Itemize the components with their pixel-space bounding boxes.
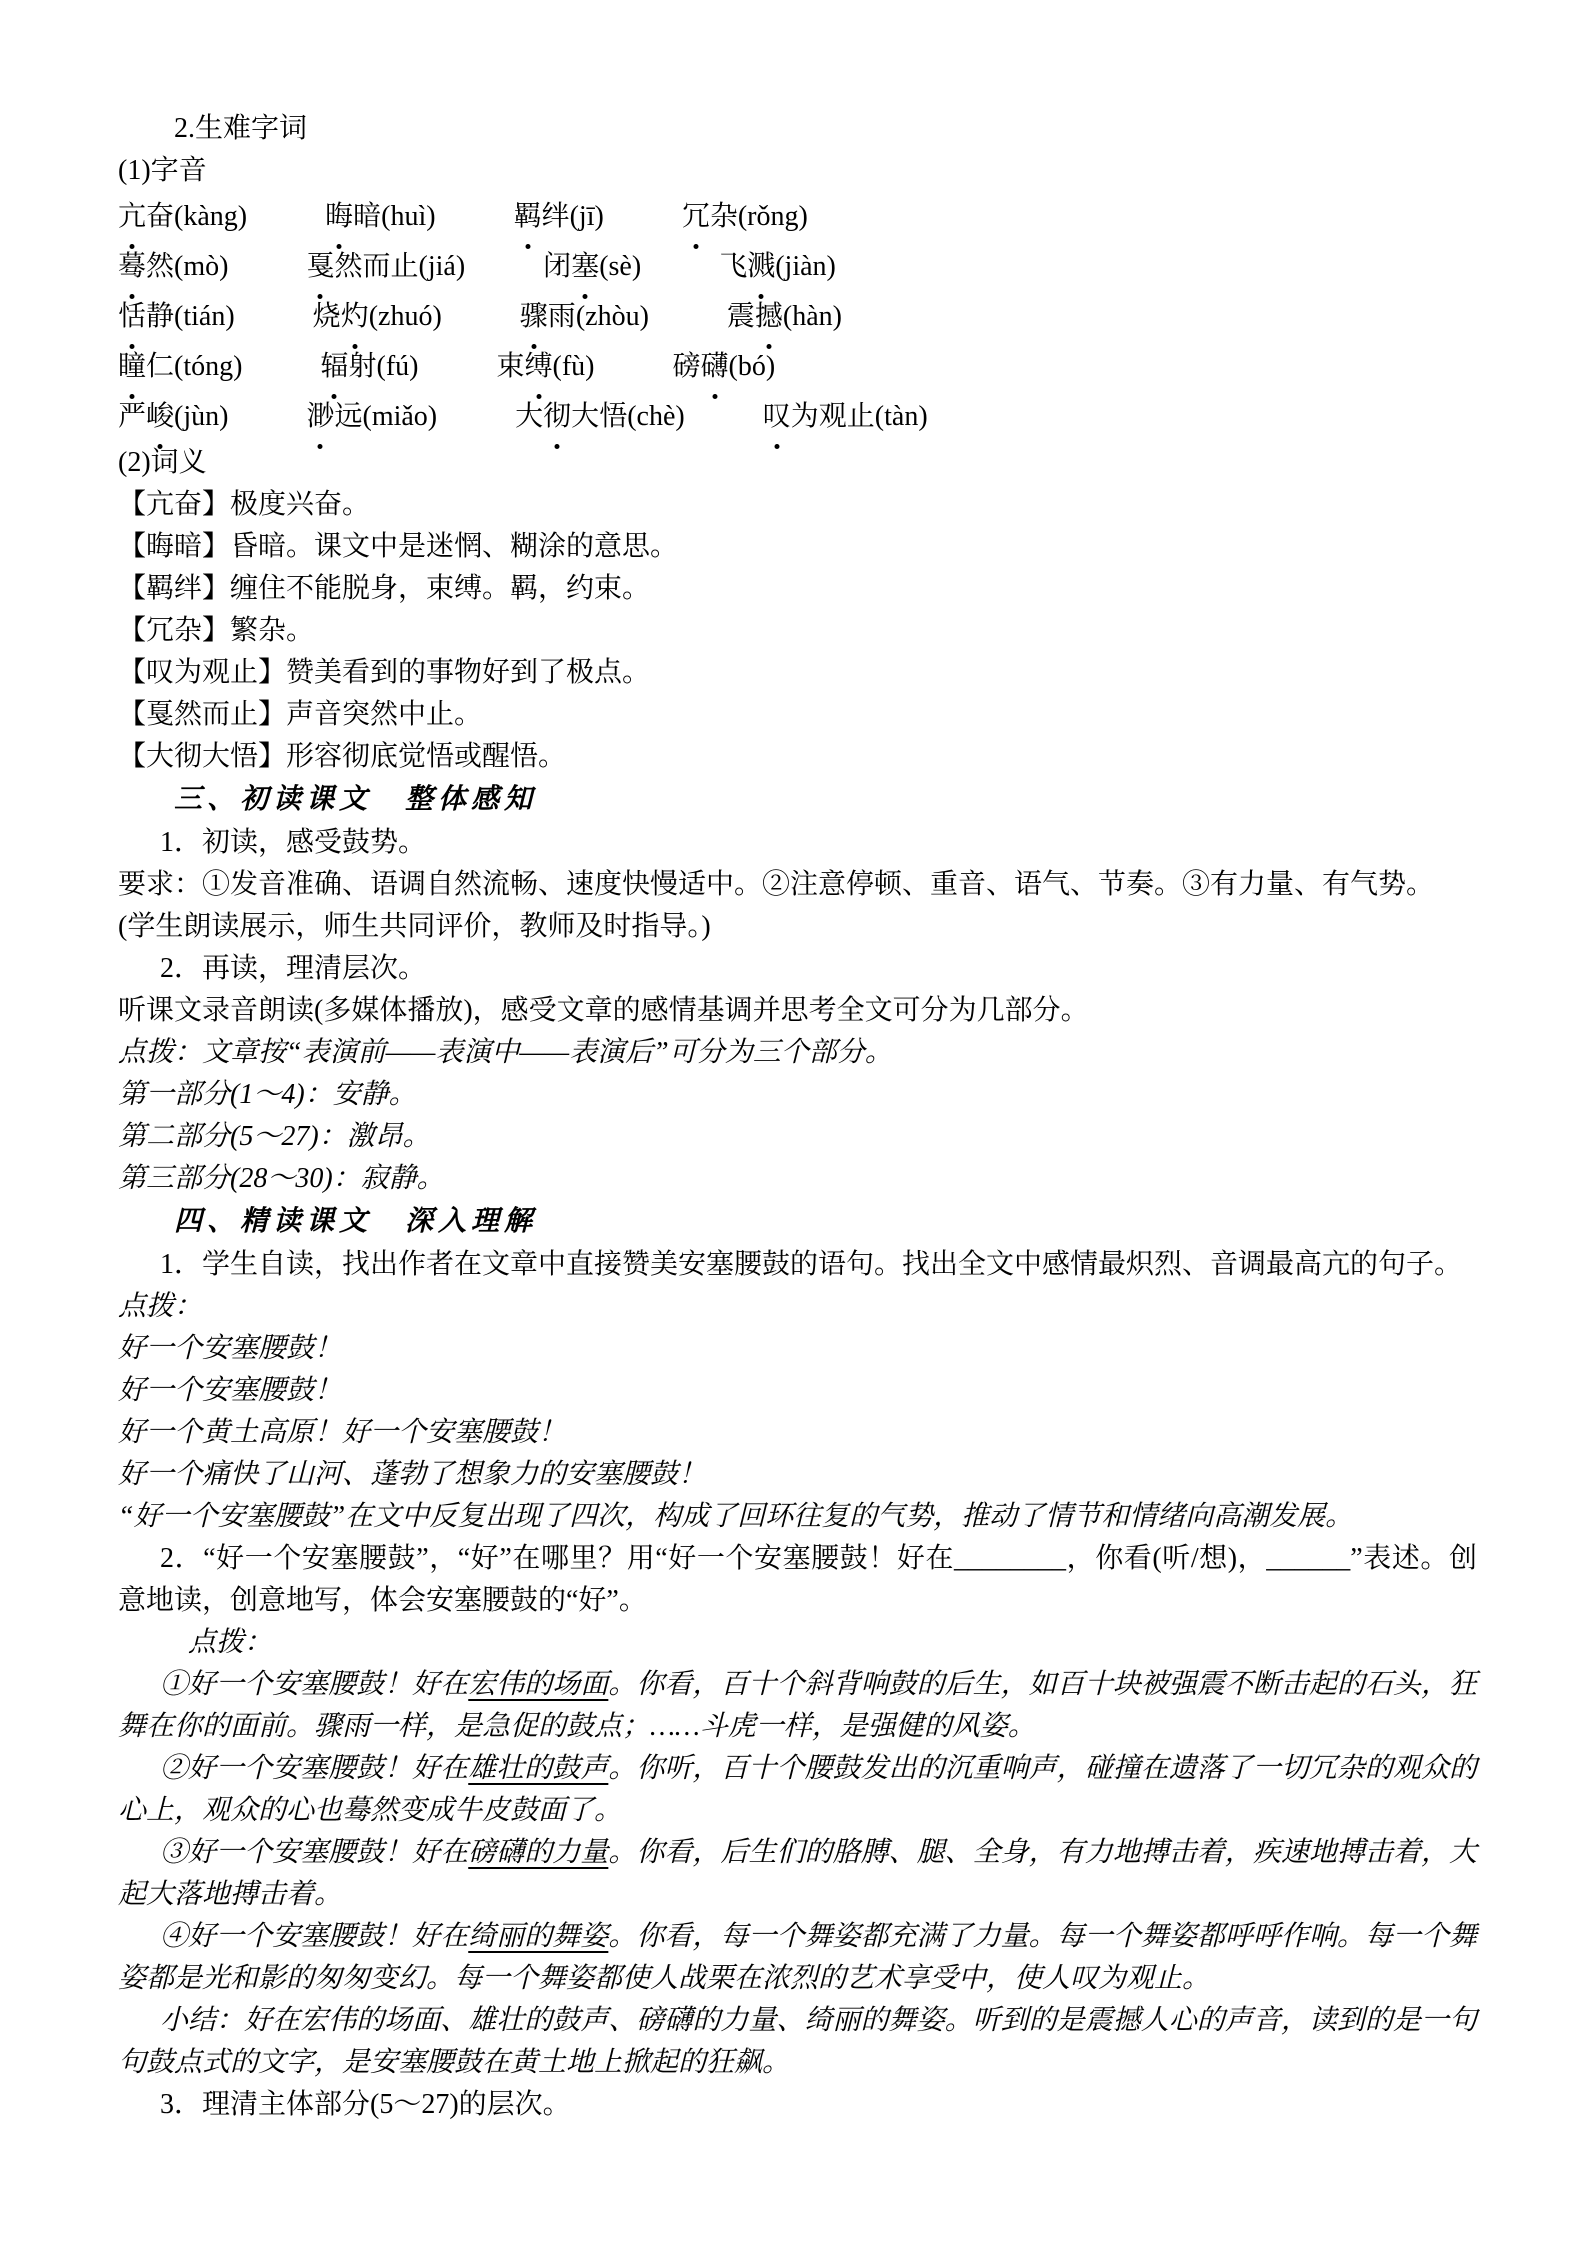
paragraph: 点拨：	[118, 1622, 1477, 1664]
pinyin-item: 骤雨(zhòu)	[520, 292, 649, 342]
emphasized-character: 塞	[571, 242, 599, 292]
text-run: ③好一个安塞腰鼓！好在	[160, 1837, 468, 1868]
text-run: ①好一个安塞腰鼓！好在	[160, 1669, 468, 1700]
pinyin-item: 恬静(tián)	[118, 292, 235, 342]
paragraph: 2．“好一个安塞腰鼓”，“好”在哪里？用“好一个安塞腰鼓！好在________，…	[118, 1538, 1477, 1622]
text-run: 【冗杂】繁杂。	[118, 615, 314, 646]
character: 大	[515, 392, 543, 442]
character: 然	[146, 242, 174, 292]
paragraph: ③好一个安塞腰鼓！好在磅礴的力量。你看，后生们的胳膊、腿、全身，有力地搏击着，疾…	[118, 1832, 1477, 1916]
pinyin-annotation: (rǒng)	[738, 201, 808, 232]
text-run: 好一个安塞腰鼓！	[118, 1375, 342, 1406]
character: 静	[146, 292, 174, 342]
emphasized-character: 瞳	[118, 342, 146, 392]
pinyin-item: 飞溅(jiàn)	[719, 242, 836, 292]
paragraph: 第三部分(28～30)：寂静。	[118, 1158, 1477, 1200]
character: 绊	[542, 192, 570, 242]
pinyin-row: 瞳仁(tóng)辐射(fú)束缚(fù)磅礴(bó)	[118, 342, 1477, 392]
pinyin-annotation: (tàn)	[875, 401, 928, 432]
text-run: 【叹为观止】赞美看到的事物好到了极点。	[118, 657, 650, 688]
character: 大	[571, 392, 599, 442]
paragraph: ①好一个安塞腰鼓！好在宏伟的场面。你看，百十个斜背响鼓的后生，如百十块被强震不断…	[118, 1664, 1477, 1748]
pinyin-row: 严峻(jùn)渺远(miǎo)大彻大悟(chè)叹为观止(tàn)	[118, 392, 1477, 442]
text-run: 四、精读课文 深入理解	[174, 1206, 537, 1237]
text-run: 好一个痛快了山河、蓬勃了想象力的安塞腰鼓！	[118, 1459, 706, 1490]
pinyin-annotation: (bó)	[729, 351, 776, 382]
paragraph: 第一部分(1～4)：安静。	[118, 1074, 1477, 1116]
paragraph: 1．初读，感受鼓势。	[118, 822, 1477, 864]
paragraph: 【戛然而止】声音突然中止。	[118, 694, 1477, 736]
section-heading: 四、精读课文 深入理解	[118, 1200, 1477, 1244]
emphasized-character: 蓦	[118, 242, 146, 292]
pinyin-annotation: (sè)	[599, 251, 641, 282]
text-run: 3．理清主体部分(5～27)的层次。	[160, 2089, 571, 2120]
text-run: 【大彻大悟】形容彻底觉悟或醒悟。	[118, 741, 566, 772]
paragraph: ②好一个安塞腰鼓！好在雄壮的鼓声。你听，百十个腰鼓发出的沉重响声，碰撞在遗落了一…	[118, 1748, 1477, 1832]
underlined-phrase: 磅礴的力量	[468, 1837, 608, 1868]
pinyin-annotation: (mò)	[174, 251, 228, 282]
character: 然	[334, 242, 362, 292]
character: 闭	[543, 242, 571, 292]
pinyin-item: 闭塞(sè)	[543, 242, 641, 292]
emphasized-character: 辐	[320, 342, 348, 392]
pinyin-annotation: (huì)	[381, 201, 435, 232]
pinyin-annotation: (kàng)	[174, 201, 247, 232]
pinyin-item: 渺远(miǎo)	[306, 392, 437, 442]
pinyin-item: 晦暗(huì)	[325, 192, 435, 242]
pinyin-item: 叹为观止(tàn)	[763, 392, 928, 442]
text-run: “好一个安塞腰鼓”在文中反复出现了四次，构成了回环往复的气势，推动了情节和情绪向…	[118, 1501, 1353, 1532]
underlined-phrase: 宏伟的场面	[468, 1669, 608, 1700]
text-run: 2．再读，理清层次。	[160, 953, 426, 984]
text-run: 点拨：	[188, 1627, 272, 1658]
pinyin-item: 严峻(jùn)	[118, 392, 228, 442]
pinyin-annotation: (fù)	[553, 351, 595, 382]
emphasized-character: 溅	[747, 242, 775, 292]
pinyin-annotation: (jī)	[570, 201, 604, 232]
pinyin-item: 羁绊(jī)	[514, 192, 604, 242]
section-heading: 三、初读课文 整体感知	[118, 778, 1477, 822]
pinyin-item: 蓦然(mò)	[118, 242, 228, 292]
character: 震	[727, 292, 755, 342]
character: 仁	[146, 342, 174, 392]
character: 磅	[673, 342, 701, 392]
pinyin-item: 烧灼(zhuó)	[313, 292, 442, 342]
text-run: 1．学生自读，找出作者在文章中直接赞美安塞腰鼓的语句。找出全文中感情最炽烈、音调…	[160, 1249, 1462, 1280]
text-run: 【亢奋】极度兴奋。	[118, 489, 370, 520]
character: 烧	[313, 292, 341, 342]
character: 飞	[719, 242, 747, 292]
text-run: 三、初读课文 整体感知	[174, 784, 537, 815]
pinyin-item: 震撼(hàn)	[727, 292, 842, 342]
paragraph: 【晦暗】昏暗。课文中是迷惘、糊涂的意思。	[118, 526, 1477, 568]
emphasized-character: 缚	[525, 342, 553, 392]
text-run: (2)词义	[118, 447, 207, 478]
pinyin-annotation: (fú)	[377, 351, 419, 382]
text-run: 第二部分(5～27)：激昂。	[118, 1121, 431, 1152]
paragraph: 2．再读，理清层次。	[118, 948, 1477, 990]
character: 为	[791, 392, 819, 442]
character: 止	[847, 392, 875, 442]
text-run: (1)字音	[118, 155, 207, 186]
text-run: 【晦暗】昏暗。课文中是迷惘、糊涂的意思。	[118, 531, 678, 562]
paragraph: (学生朗读展示，师生共同评价，教师及时指导。)	[118, 906, 1477, 948]
emphasized-character: 峻	[146, 392, 174, 442]
paragraph: 3．理清主体部分(5～27)的层次。	[118, 2084, 1477, 2126]
pinyin-annotation: (zhòu)	[576, 301, 649, 332]
emphasized-character: 叹	[763, 392, 791, 442]
pinyin-item: 瞳仁(tóng)	[118, 342, 242, 392]
emphasized-character: 亢	[118, 192, 146, 242]
character: 止	[391, 242, 419, 292]
pinyin-item: 戛然而止(jiá)	[306, 242, 465, 292]
pinyin-annotation: (zhuó)	[369, 301, 442, 332]
paragraph: 【冗杂】繁杂。	[118, 610, 1477, 652]
character: 观	[819, 392, 847, 442]
text-run: ④好一个安塞腰鼓！好在	[160, 1921, 468, 1952]
pinyin-item: 冗杂(rǒng)	[682, 192, 808, 242]
text-run: 点拨：文章按“表演前——表演中——表演后”可分为三个部分。	[118, 1037, 893, 1068]
emphasized-character: 灼	[341, 292, 369, 342]
pinyin-item: 大彻大悟(chè)	[515, 392, 685, 442]
paragraph: 小结：好在宏伟的场面、雄壮的鼓声、磅礴的力量、绮丽的舞姿。听到的是震撼人心的声音…	[118, 2000, 1477, 2084]
paragraph: 点拨：	[118, 1286, 1477, 1328]
paragraph: (1)字音	[118, 150, 1477, 192]
pinyin-annotation: (tóng)	[174, 351, 242, 382]
paragraph: ④好一个安塞腰鼓！好在绮丽的舞姿。你看，每一个舞姿都充满了力量。每一个舞姿都呼呼…	[118, 1916, 1477, 2000]
text-run: 2．“好一个安塞腰鼓”，“好”在哪里？用“好一个安塞腰鼓！好在________，…	[118, 1543, 1477, 1616]
pinyin-annotation: (jùn)	[174, 401, 228, 432]
paragraph: 【大彻大悟】形容彻底觉悟或醒悟。	[118, 736, 1477, 778]
pinyin-item: 亢奋(kàng)	[118, 192, 247, 242]
pinyin-annotation: (jiàn)	[775, 251, 836, 282]
text-run: 2.生难字词	[174, 113, 307, 144]
text-run: 好一个黄土高原！好一个安塞腰鼓！	[118, 1417, 566, 1448]
character: 远	[334, 392, 362, 442]
paragraph: 【羁绊】缠住不能脱身，束缚。羁，约束。	[118, 568, 1477, 610]
emphasized-character: 渺	[306, 392, 334, 442]
pinyin-annotation: (tián)	[174, 301, 235, 332]
character: 暗	[353, 192, 381, 242]
paragraph: 好一个痛快了山河、蓬勃了想象力的安塞腰鼓！	[118, 1454, 1477, 1496]
text-run: ②好一个安塞腰鼓！好在	[160, 1753, 468, 1784]
paragraph: 好一个安塞腰鼓！	[118, 1370, 1477, 1412]
underlined-phrase: 雄壮的鼓声	[468, 1753, 608, 1784]
text-run: 好一个安塞腰鼓！	[118, 1333, 342, 1364]
text-run: 第三部分(28～30)：寂静。	[118, 1163, 445, 1194]
text-run: 听课文录音朗读(多媒体播放)，感受文章的感情基调并思考全文可分为几部分。	[118, 995, 1089, 1026]
pinyin-annotation: (jiá)	[419, 251, 466, 282]
pinyin-item: 束缚(fù)	[496, 342, 594, 392]
paragraph: 【亢奋】极度兴奋。	[118, 484, 1477, 526]
underlined-phrase: 绮丽的舞姿	[468, 1921, 608, 1952]
paragraph: 2.生难字词	[118, 108, 1477, 150]
text-run: 第一部分(1～4)：安静。	[118, 1079, 417, 1110]
paragraph: 好一个黄土高原！好一个安塞腰鼓！	[118, 1412, 1477, 1454]
emphasized-character: 礴	[701, 342, 729, 392]
emphasized-character: 晦	[325, 192, 353, 242]
paragraph: 好一个安塞腰鼓！	[118, 1328, 1477, 1370]
emphasized-character: 戛	[306, 242, 334, 292]
character: 杂	[710, 192, 738, 242]
text-run: 1．初读，感受鼓势。	[160, 827, 426, 858]
emphasized-character: 撼	[755, 292, 783, 342]
pinyin-row: 恬静(tián)烧灼(zhuó)骤雨(zhòu)震撼(hàn)	[118, 292, 1477, 342]
text-run: (学生朗读展示，师生共同评价，教师及时指导。)	[118, 911, 711, 942]
pinyin-item: 磅礴(bó)	[673, 342, 776, 392]
character: 严	[118, 392, 146, 442]
text-run: 小结：好在宏伟的场面、雄壮的鼓声、磅礴的力量、绮丽的舞姿。听到的是震撼人心的声音…	[118, 2005, 1477, 2078]
character: 悟	[599, 392, 627, 442]
paragraph: 听课文录音朗读(多媒体播放)，感受文章的感情基调并思考全文可分为几部分。	[118, 990, 1477, 1032]
character: 雨	[548, 292, 576, 342]
text-run: 点拨：	[118, 1291, 202, 1322]
pinyin-annotation: (miǎo)	[363, 401, 438, 432]
paragraph: “好一个安塞腰鼓”在文中反复出现了四次，构成了回环往复的气势，推动了情节和情绪向…	[118, 1496, 1477, 1538]
character: 而	[363, 242, 391, 292]
pinyin-row: 亢奋(kàng)晦暗(huì)羁绊(jī)冗杂(rǒng)	[118, 192, 1477, 242]
document-body: 2.生难字词(1)字音亢奋(kàng)晦暗(huì)羁绊(jī)冗杂(rǒng)…	[118, 108, 1477, 2126]
character: 奋	[146, 192, 174, 242]
pinyin-row: 蓦然(mò)戛然而止(jiá)闭塞(sè)飞溅(jiàn)	[118, 242, 1477, 292]
text-run: 【戛然而止】声音突然中止。	[118, 699, 482, 730]
paragraph: 【叹为观止】赞美看到的事物好到了极点。	[118, 652, 1477, 694]
paragraph: 第二部分(5～27)：激昂。	[118, 1116, 1477, 1158]
document-page: 2.生难字词(1)字音亢奋(kàng)晦暗(huì)羁绊(jī)冗杂(rǒng)…	[0, 0, 1587, 2245]
emphasized-character: 彻	[543, 392, 571, 442]
paragraph: 1．学生自读，找出作者在文章中直接赞美安塞腰鼓的语句。找出全文中感情最炽烈、音调…	[118, 1244, 1477, 1286]
pinyin-annotation: (hàn)	[783, 301, 842, 332]
paragraph: 要求：①发音准确、语调自然流畅、速度快慢适中。②注意停顿、重音、语气、节奏。③有…	[118, 864, 1477, 906]
paragraph: 点拨：文章按“表演前——表演中——表演后”可分为三个部分。	[118, 1032, 1477, 1074]
emphasized-character: 羁	[514, 192, 542, 242]
emphasized-character: 骤	[520, 292, 548, 342]
text-run: 要求：①发音准确、语调自然流畅、速度快慢适中。②注意停顿、重音、语气、节奏。③有…	[118, 869, 1434, 900]
emphasized-character: 冗	[682, 192, 710, 242]
pinyin-item: 辐射(fú)	[320, 342, 418, 392]
pinyin-annotation: (chè)	[627, 401, 685, 432]
character: 射	[348, 342, 376, 392]
emphasized-character: 恬	[118, 292, 146, 342]
character: 束	[496, 342, 524, 392]
text-run: 【羁绊】缠住不能脱身，束缚。羁，约束。	[118, 573, 650, 604]
